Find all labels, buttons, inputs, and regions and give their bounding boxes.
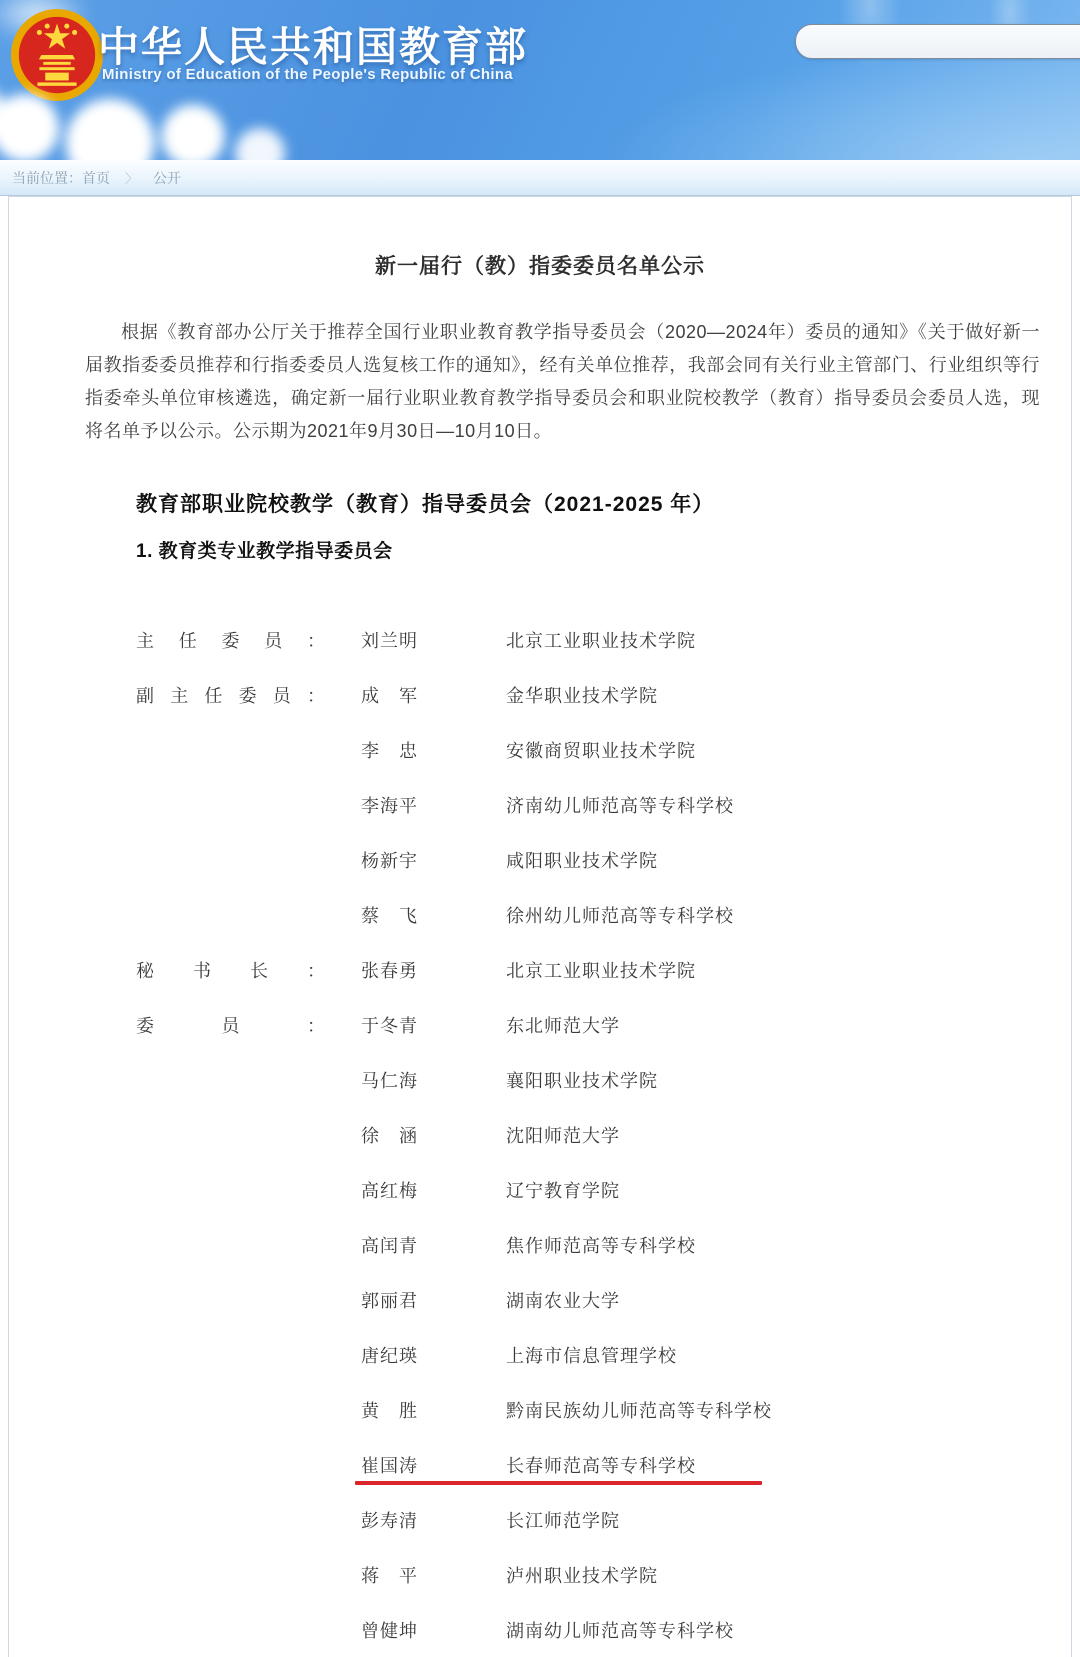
- article: 新一届行（教）指委委员名单公示 根据《教育部办公厅关于推荐全国行业职业教育教学指…: [8, 196, 1072, 1657]
- member-institution: 泸州职业技术学院: [506, 1562, 658, 1588]
- member-institution: 济南幼儿师范高等专科学校: [506, 792, 734, 818]
- breadcrumb-separator-icon: 〉: [125, 168, 138, 187]
- member-row: 高红梅 辽宁教育学院: [9, 1162, 1071, 1217]
- member-role: 秘书长：: [136, 957, 326, 983]
- member-row: 马仁海 襄阳职业技术学院: [9, 1052, 1071, 1107]
- member-list: 主任委员： 刘兰明 北京工业职业技术学院 副主任委员： 成 军 金华职业技术学院…: [9, 612, 1071, 1657]
- member-institution: 沈阳师范大学: [506, 1122, 620, 1148]
- member-row: 郭丽君 湖南农业大学: [9, 1272, 1071, 1327]
- member-name: 曾健坤: [361, 1617, 461, 1643]
- member-institution: 焦作师范高等专科学校: [506, 1232, 696, 1258]
- committee-heading: 教育部职业院校教学（教育）指导委员会（2021-2025 年）: [136, 492, 1041, 518]
- member-row-highlighted: 崔国涛 长春师范高等专科学校: [9, 1437, 1071, 1492]
- cloud-decoration-bottom: [0, 58, 365, 160]
- member-row: 主任委员： 刘兰明 北京工业职业技术学院: [9, 612, 1071, 667]
- member-row: 曾健坤 湖南幼儿师范高等专科学校: [9, 1602, 1071, 1657]
- member-role: 副主任委员：: [136, 682, 326, 708]
- member-name: 马仁海: [361, 1067, 461, 1093]
- member-row: 杨新宇 咸阳职业技术学院: [9, 832, 1071, 887]
- member-institution: 咸阳职业技术学院: [506, 847, 658, 873]
- site-header: 中华人民共和国教育部 Ministry of Education of the …: [0, 0, 1080, 160]
- member-row: 彭寿清 长江师范学院: [9, 1492, 1071, 1547]
- member-institution: 安徽商贸职业技术学院: [506, 737, 696, 763]
- member-name: 徐 涵: [361, 1122, 461, 1148]
- member-name: 彭寿清: [361, 1507, 461, 1533]
- member-row: 唐纪瑛 上海市信息管理学校: [9, 1327, 1071, 1382]
- member-institution: 辽宁教育学院: [506, 1177, 620, 1203]
- member-name: 成 军: [361, 682, 461, 708]
- member-institution: 金华职业技术学院: [506, 682, 658, 708]
- search-bar[interactable]: [795, 24, 1080, 59]
- member-name: 李海平: [361, 792, 461, 818]
- member-name: 郭丽君: [361, 1287, 461, 1313]
- article-paragraph: 根据《教育部办公厅关于推荐全国行业职业教育教学指导委员会（2020—2024年）…: [85, 316, 1040, 448]
- member-institution: 徐州幼儿师范高等专科学校: [506, 902, 734, 928]
- member-row: 蒋 平 泸州职业技术学院: [9, 1547, 1071, 1602]
- member-row: 副主任委员： 成 军 金华职业技术学院: [9, 667, 1071, 722]
- member-row: 高闰青 焦作师范高等专科学校: [9, 1217, 1071, 1272]
- breadcrumb-label: 当前位置：: [12, 168, 82, 188]
- member-institution: 北京工业职业技术学院: [506, 627, 696, 653]
- member-name: 唐纪瑛: [361, 1342, 461, 1368]
- member-name: 于冬青: [361, 1012, 461, 1038]
- member-institution: 黔南民族幼儿师范高等专科学校: [506, 1397, 772, 1423]
- member-name: 高红梅: [361, 1177, 461, 1203]
- member-institution: 湖南幼儿师范高等专科学校: [506, 1617, 734, 1643]
- member-role: 委员：: [136, 1012, 326, 1038]
- member-institution: 湖南农业大学: [506, 1287, 620, 1313]
- member-name: 黄 胜: [361, 1397, 461, 1423]
- group-heading: 1. 教育类专业教学指导委员会: [136, 540, 1071, 564]
- member-institution: 上海市信息管理学校: [506, 1342, 677, 1368]
- member-institution: 东北师范大学: [506, 1012, 620, 1038]
- member-row: 委员： 于冬青 东北师范大学: [9, 997, 1071, 1052]
- member-name: 李 忠: [361, 737, 461, 763]
- article-title: 新一届行（教）指委委员名单公示: [9, 254, 1071, 280]
- member-name: 崔国涛: [361, 1452, 461, 1478]
- member-name: 蔡 飞: [361, 902, 461, 928]
- breadcrumb-home-link[interactable]: 首页: [82, 168, 110, 188]
- member-name: 张春勇: [361, 957, 461, 983]
- member-role: 主任委员：: [136, 627, 326, 653]
- member-row: 蔡 飞 徐州幼儿师范高等专科学校: [9, 887, 1071, 942]
- member-name: 高闰青: [361, 1232, 461, 1258]
- member-institution: 北京工业职业技术学院: [506, 957, 696, 983]
- breadcrumb: 当前位置： 首页 〉 公开: [0, 160, 1080, 196]
- member-institution: 长春师范高等专科学校: [506, 1452, 696, 1478]
- member-row: 黄 胜 黔南民族幼儿师范高等专科学校: [9, 1382, 1071, 1437]
- member-institution: 襄阳职业技术学院: [506, 1067, 658, 1093]
- member-institution: 长江师范学院: [506, 1507, 620, 1533]
- member-row: 李 忠 安徽商贸职业技术学院: [9, 722, 1071, 777]
- member-name: 刘兰明: [361, 627, 461, 653]
- member-row: 秘书长： 张春勇 北京工业职业技术学院: [9, 942, 1071, 997]
- highlight-underline: [355, 1481, 762, 1485]
- member-name: 蒋 平: [361, 1562, 461, 1588]
- member-row: 李海平 济南幼儿师范高等专科学校: [9, 777, 1071, 832]
- member-name: 杨新宇: [361, 847, 461, 873]
- breadcrumb-open-link[interactable]: 公开: [153, 168, 181, 188]
- member-row: 徐 涵 沈阳师范大学: [9, 1107, 1071, 1162]
